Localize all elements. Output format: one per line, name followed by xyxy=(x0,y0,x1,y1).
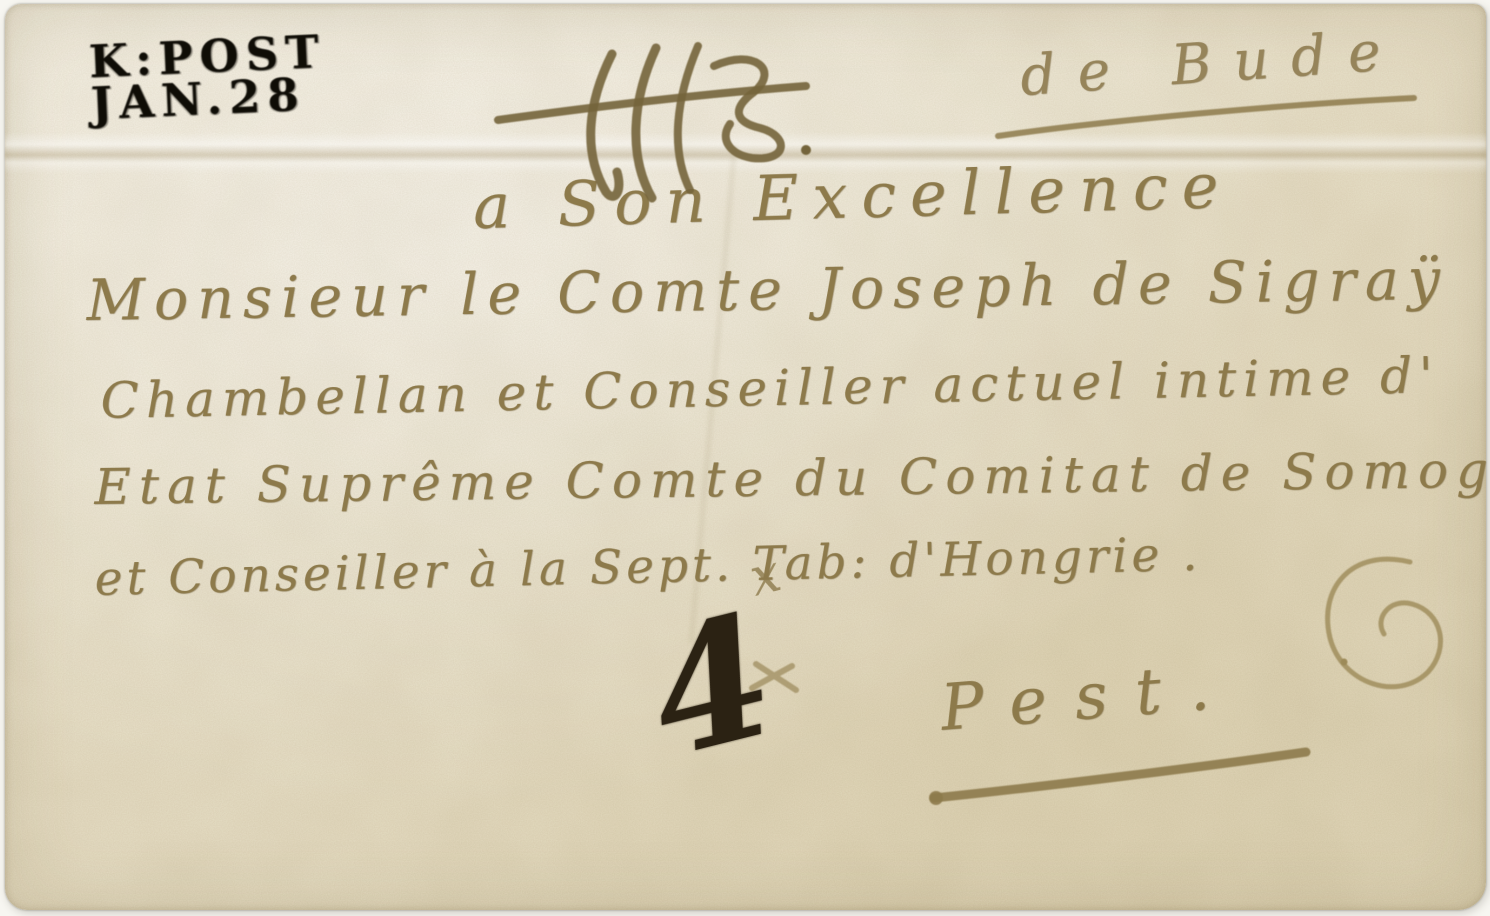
scan-background: K:POST JAN.28 de Bude a Son Excellence M… xyxy=(0,0,1490,916)
postmark-stamp: K:POST JAN.28 xyxy=(88,31,328,126)
postmark-line2: JAN.28 xyxy=(90,73,328,126)
